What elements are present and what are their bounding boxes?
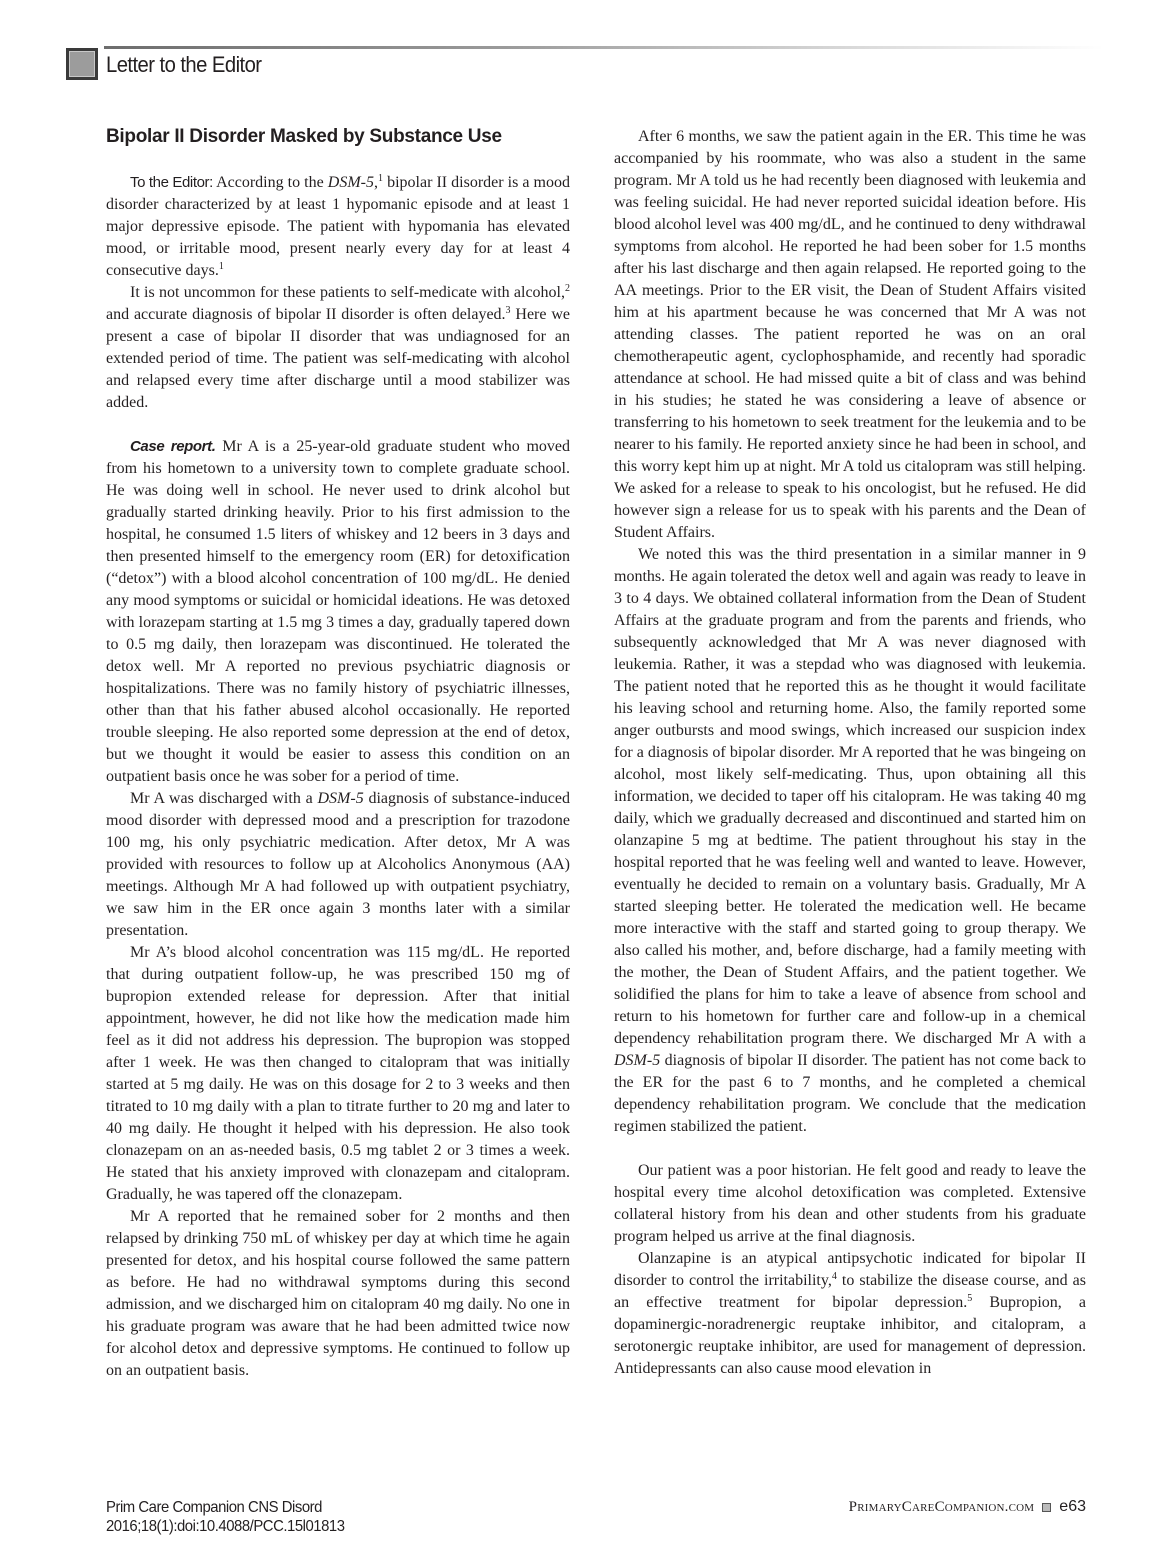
separator-square-icon <box>1042 1503 1051 1512</box>
paragraph: Mr A was discharged with a DSM-5 diagnos… <box>106 788 570 942</box>
footer-page-info: PrimaryCareCompanion.com e63 <box>849 1498 1086 1516</box>
article-title: Bipolar II Disorder Masked by Substance … <box>106 126 502 148</box>
paragraph: Olanzapine is an atypical antipsychotic … <box>614 1248 1086 1380</box>
page-number: e63 <box>1059 1498 1086 1516</box>
reference-marker[interactable]: 2 <box>565 283 570 294</box>
lead-in: To the Editor: <box>130 174 213 191</box>
paragraph-intro: To the Editor: According to the DSM-5,1 … <box>106 172 570 282</box>
doi-citation[interactable]: 2016;18(1):doi:10.4088/PCC.15l01813 <box>106 1517 345 1536</box>
paragraph-case-report: Case report. Mr A is a 25-year-old gradu… <box>106 436 570 788</box>
header-rule <box>104 46 1104 49</box>
paragraph: It is not uncommon for these patients to… <box>106 282 570 414</box>
section-label: Letter to the Editor <box>106 52 261 78</box>
left-column: To the Editor: According to the DSM-5,1 … <box>106 172 570 1382</box>
paragraph: We noted this was the third presentation… <box>614 544 1086 1138</box>
paragraph: After 6 months, we saw the patient again… <box>614 126 1086 544</box>
section-marker-icon <box>66 48 98 80</box>
paragraph: Mr A’s blood alcohol concentration was 1… <box>106 942 570 1206</box>
case-report-heading: Case report. <box>130 438 215 455</box>
paragraph: Mr A reported that he remained sober for… <box>106 1206 570 1382</box>
journal-name: Prim Care Companion CNS Disord <box>106 1498 345 1517</box>
paragraph: Our patient was a poor historian. He fel… <box>614 1160 1086 1248</box>
right-column: After 6 months, we saw the patient again… <box>614 126 1086 1380</box>
website-link[interactable]: PrimaryCareCompanion.com <box>849 1499 1035 1516</box>
footer-citation: Prim Care Companion CNS Disord 2016;18(1… <box>106 1498 345 1536</box>
reference-marker[interactable]: 1 <box>219 261 224 272</box>
